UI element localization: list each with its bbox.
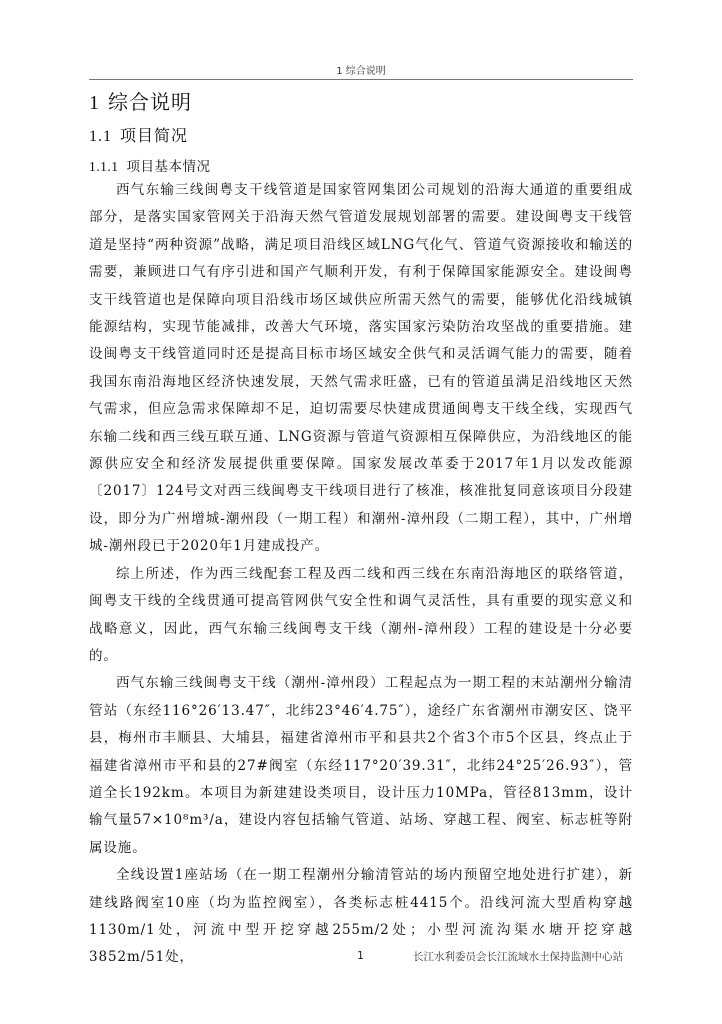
subsection-title: 项目基本情况 bbox=[127, 159, 211, 175]
paragraph: 西气东输三线闽粤支干线管道是国家管网集团公司规划的沿海大通道的重要组成部分，是落… bbox=[89, 177, 633, 561]
chapter-number: 1 bbox=[89, 92, 100, 114]
subsection-number: 1.1.1 bbox=[89, 159, 119, 174]
body-text: 西气东输三线闽粤支干线管道是国家管网集团公司规划的沿海大通道的重要组成部分，是落… bbox=[89, 177, 633, 972]
document-page: 1 综合说明 1综合说明 1.1项目简况 1.1.1项目基本情况 西气东输三线闽… bbox=[0, 0, 722, 1024]
section-number: 1.1 bbox=[89, 128, 112, 145]
paragraph: 西气东输三线闽粤支干线（潮州-漳州段）工程起点为一期工程的末站潮州分输清管站（东… bbox=[89, 670, 633, 862]
section-heading: 1.1项目简况 bbox=[89, 123, 188, 146]
footer-organization: 长江水利委员会长江流域水土保持监测中心站 bbox=[413, 949, 623, 964]
chapter-heading: 1综合说明 bbox=[89, 86, 192, 115]
section-title: 项目简况 bbox=[120, 126, 188, 145]
paragraph: 综上所述，作为西三线配套工程及西二线和西三线在东南沿海地区的联络管道，闽粤支干线… bbox=[89, 561, 633, 671]
page-number: 1 bbox=[357, 949, 364, 962]
running-header: 1 综合说明 bbox=[89, 62, 633, 77]
subsection-heading: 1.1.1项目基本情况 bbox=[89, 155, 211, 175]
chapter-title: 综合说明 bbox=[108, 90, 192, 114]
header-rule bbox=[89, 79, 633, 80]
